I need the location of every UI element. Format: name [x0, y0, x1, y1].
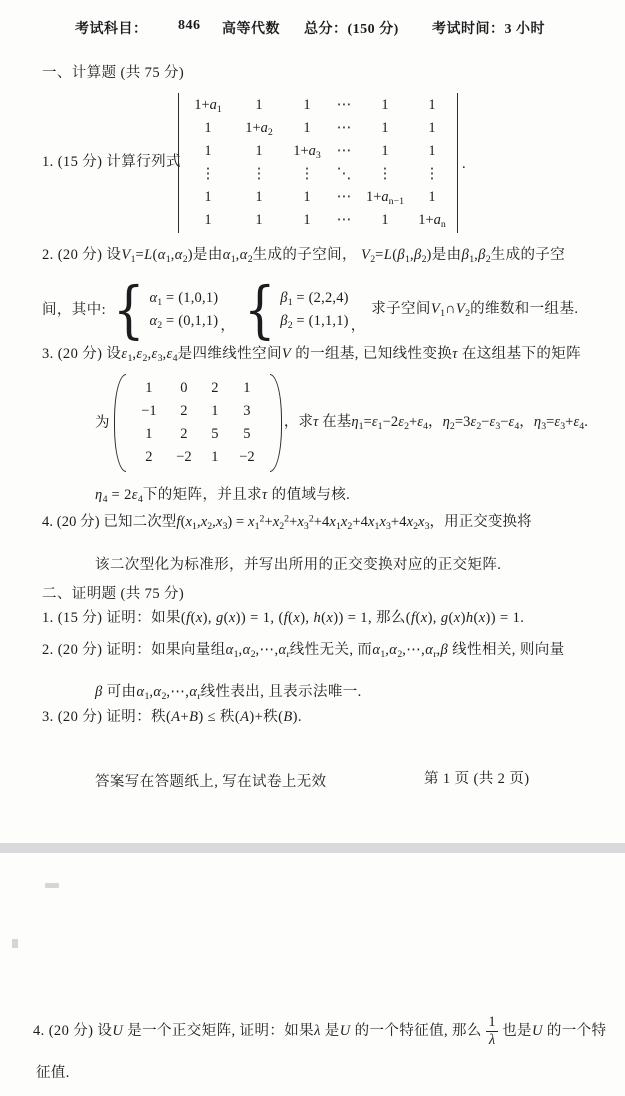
exam-subject-code: 846 — [178, 18, 201, 34]
det-cell: ⋱ — [337, 166, 352, 183]
q3-matrix-prefix: 为 — [95, 414, 110, 432]
proof-q2-line2: β 可由α1,α2,⋯,αr线性表出, 且表示法唯一. — [95, 683, 362, 703]
q2-beta-system: β1 = (2,2,4) β2 = (1,1,1) — [280, 290, 348, 331]
one-over-lambda-fraction: 1 λ — [486, 1014, 498, 1048]
q2-line2: 间，其中: { α1 = (1,0,1) α2 = (0,1,1) ， { β1… — [42, 283, 578, 337]
det-cell: 1 — [428, 189, 435, 206]
proof-q3: 3. (20 分) 证明：秩(A+B) ≤ 秩(A)+秩(B). — [42, 708, 302, 726]
left-brace-icon: { — [244, 285, 276, 336]
matrix-cell: −2 — [239, 449, 254, 466]
det-cell: ⋮ — [378, 166, 393, 183]
q3-line1: 3. (20 分) 设ε1,ε2,ε3,ε4是四维线性空间V 的一组基, 已知线… — [42, 345, 581, 365]
det-cell: ⋯ — [337, 189, 352, 206]
det-cell: 1 — [303, 120, 310, 137]
det-cell: 1 — [204, 120, 211, 137]
q2-line2-prefix: 间，其中: — [42, 301, 106, 319]
matrix-cell: 2 — [180, 426, 187, 443]
matrix-cell: 1 — [243, 380, 250, 397]
matrix-cell: 1 — [211, 449, 218, 466]
matrix-cell: 2 — [211, 380, 218, 397]
det-cell: 1 — [428, 97, 435, 114]
footer-note: 答案写在答题纸上, 写在试卷上无效 — [95, 773, 327, 791]
alpha1-definition: α1 = (1,0,1) — [149, 290, 218, 308]
det-cell: 1+an−1 — [366, 189, 404, 207]
beta2-definition: β2 = (1,1,1) — [280, 313, 348, 331]
det-cell: 1+a3 — [293, 143, 321, 161]
det-cell: 1 — [204, 143, 211, 160]
matrix-right-paren — [270, 374, 282, 472]
matrix-cell: 1 — [145, 426, 152, 443]
q4-line2: 该二次型化为标准形，并写出所用的正交变换对应的正交矩阵. — [95, 556, 501, 574]
det-cell: ⋯ — [337, 120, 352, 137]
det-cell: 1 — [204, 189, 211, 206]
alpha2-definition: α2 = (0,1,1) — [149, 313, 218, 331]
matrix-cell: 5 — [211, 426, 218, 443]
det-cell: 1 — [303, 189, 310, 206]
section-calc-title: 一、计算题 (共 75 分) — [42, 64, 184, 82]
q1-label: 1. (15 分) 计算行列式 — [42, 153, 181, 171]
matrix-cell: −1 — [141, 403, 156, 420]
page2-q4-line2: 征值. — [36, 1064, 70, 1082]
page2-q4-line1: 4. (20 分) 设U 是一个正交矩阵, 证明：如果λ 是U 的一个特征值, … — [33, 1008, 606, 1054]
det-cell: 1 — [381, 97, 388, 114]
section-proof-title: 二、证明题 (共 75 分) — [42, 585, 184, 603]
matrix-cell: 3 — [243, 403, 250, 420]
left-brace-icon: { — [113, 285, 145, 336]
fraction-numerator: 1 — [488, 1014, 495, 1031]
exam-subject-name: 高等代数 — [222, 18, 280, 38]
q3-matrix-suffix: ，求τ 在基η1=ε1−2ε2+ε4，η2=3ε2−ε3−ε4，η3=ε3+ε4… — [284, 413, 588, 433]
det-cell: 1 — [381, 120, 388, 137]
det-cell: 1 — [255, 189, 262, 206]
det-cell: 1 — [303, 97, 310, 114]
det-cell: 1+a1 — [194, 97, 222, 115]
exam-subject-label: 考试科目： — [75, 18, 148, 38]
det-cell: 1 — [428, 143, 435, 160]
det-cell: ⋮ — [425, 166, 440, 183]
q1-determinant: 1+a111⋯11 11+a21⋯11 111+a3⋯11 ⋮⋮⋮⋱⋮⋮ 111… — [178, 93, 458, 233]
det-cell: ⋯ — [337, 212, 352, 229]
matrix-cell: 1 — [145, 380, 152, 397]
proof-q2-line1: 2. (20 分) 证明：如果向量组α1,α2,⋯,αr线性无关, 而α1,α2… — [42, 641, 565, 661]
exam-duration: 考试时间：3 小时 — [432, 18, 545, 38]
q3-matrix: 1021 −1213 1255 2−21−2 — [126, 375, 270, 471]
q1-trailing-period: . — [462, 155, 466, 173]
scan-artifact — [45, 883, 59, 888]
beta1-definition: β1 = (2,2,4) — [280, 290, 348, 308]
det-cell: 1 — [381, 143, 388, 160]
det-cell: 1 — [255, 212, 262, 229]
det-cell: 1 — [204, 212, 211, 229]
page2-q4-after: 也是U 的一个特 — [502, 1022, 606, 1040]
det-cell: 1 — [255, 143, 262, 160]
q2-alpha-system: α1 = (1,0,1) α2 = (0,1,1) — [149, 290, 218, 331]
det-cell: 1 — [303, 212, 310, 229]
det-cell: ⋮ — [201, 166, 216, 183]
det-cell: 1 — [428, 120, 435, 137]
q4-line1: 4. (20 分) 已知二次型f(x1,x2,x3) = x12+x22+x32… — [42, 513, 532, 533]
determinant-right-bar — [457, 93, 458, 233]
exam-total-score: 总分：(150 分) — [304, 18, 399, 38]
det-cell: ⋮ — [252, 166, 267, 183]
exam-scan-page: 考试科目： 846 高等代数 总分：(150 分) 考试时间：3 小时 一、计算… — [0, 0, 625, 1096]
matrix-cell: 1 — [211, 403, 218, 420]
q2-line2-suffix: 求子空间V1∩V2的维数和一组基. — [371, 300, 578, 320]
det-cell: ⋯ — [337, 143, 352, 160]
q3-matrix-row: 为 1021 −1213 1255 2−21−2 ，求τ 在基η1=ε1−2ε2… — [95, 374, 588, 472]
matrix-left-paren — [114, 374, 126, 472]
determinant-grid: 1+a111⋯11 11+a21⋯11 111+a3⋯11 ⋮⋮⋮⋱⋮⋮ 111… — [179, 93, 457, 233]
page2-q4-before: 4. (20 分) 设U 是一个正交矩阵, 证明：如果λ 是U 的一个特征值, … — [33, 1022, 482, 1040]
fraction-denominator: λ — [486, 1031, 498, 1049]
matrix-cell: −2 — [176, 449, 191, 466]
matrix-cell: 2 — [145, 449, 152, 466]
matrix-cell: 0 — [180, 380, 187, 397]
proof-q1: 1. (15 分) 证明：如果(f(x), g(x)) = 1, (f(x), … — [42, 609, 524, 627]
det-cell: ⋯ — [337, 97, 352, 114]
matrix-cell: 5 — [243, 426, 250, 443]
q3-line2: η4 = 2ε4下的矩阵，并且求τ 的值域与核. — [95, 486, 350, 506]
q2-line1: 2. (20 分) 设V1=L(α1,α2)是由α1,α2生成的子空间， V2=… — [42, 246, 565, 266]
footer-page-indicator: 第 1 页 (共 2 页) — [424, 770, 529, 788]
q2-alpha-comma: ， — [220, 314, 235, 335]
page-divider — [0, 843, 625, 853]
matrix-cell: 2 — [180, 403, 187, 420]
det-cell: 1+a2 — [245, 120, 273, 138]
q2-beta-comma: ， — [351, 314, 366, 335]
det-cell: ⋮ — [300, 166, 315, 183]
det-cell: 1+an — [418, 212, 446, 230]
det-cell: 1 — [381, 212, 388, 229]
det-cell: 1 — [255, 97, 262, 114]
scan-artifact — [12, 939, 18, 948]
